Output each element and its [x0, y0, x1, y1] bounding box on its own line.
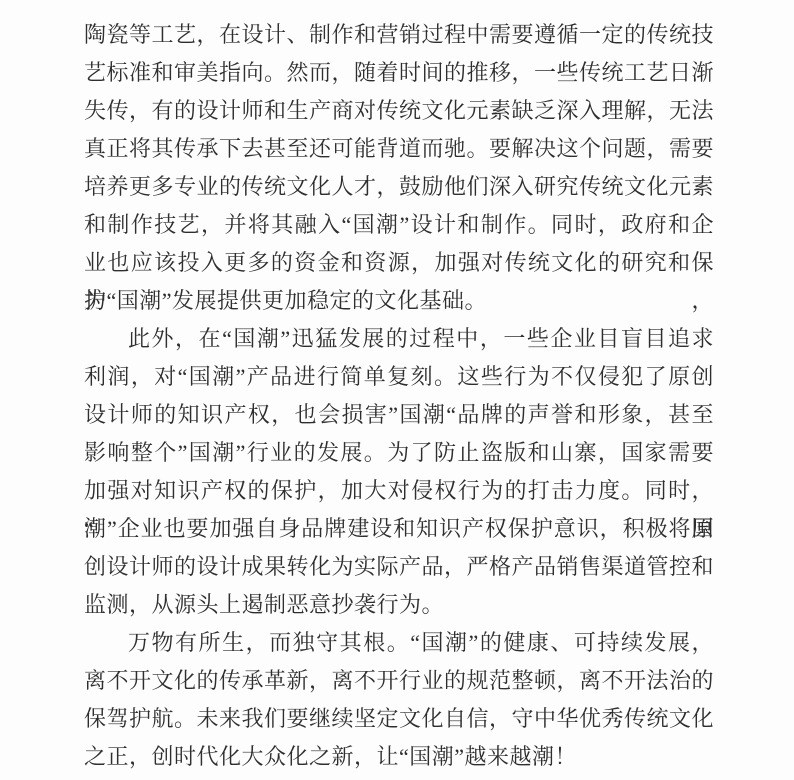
text-line: 创设计师的设计成果转化为实际产品，严格产品销售渠道管控和 — [84, 548, 714, 586]
paragraph-1: 陶瓷等工艺，在设计、制作和营销过程中需要遵循一定的传统技 艺标准和审美指向。然而… — [84, 16, 714, 320]
text-line: 此外，在“国潮”迅猛发展的过程中，一些企业目盲目追求 — [84, 320, 714, 358]
text-line: 保驾护航。未来我们要继续坚定文化自信，守中华优秀传统文化 — [84, 700, 714, 738]
text-line: 培养更多专业的传统文化人才，鼓励他们深入研究传统文化元素 — [84, 168, 714, 206]
text-line: 离不开文化的传承革新，离不开行业的规范整顿，离不开法治的 — [84, 662, 714, 700]
text-line: 监测，从源头上遏制恶意抄袭行为。 — [84, 586, 714, 624]
text-line: 和制作技艺，并将其融入“国潮”设计和制作。同时，政府和企 — [84, 206, 714, 244]
text-line: 影响整个”国潮”行业的发展。为了防止盗版和山寨，国家需要 — [84, 434, 714, 472]
text-line: 失传，有的设计师和生产商对传统文化元素缺乏深入理解，无法 — [84, 92, 714, 130]
paragraph-2: 此外，在“国潮”迅猛发展的过程中，一些企业目盲目追求 利润，对“国潮”产品进行简… — [84, 320, 714, 624]
text-line: 艺标准和审美指向。然而，随着时间的推移，一些传统工艺日渐 — [84, 54, 714, 92]
text-line: 设计师的知识产权，也会损害”国潮“品牌的声誉和形象，甚至 — [84, 396, 714, 434]
text-line: 之正，创时代化大众化之新，让“国潮”越来越潮！ — [84, 738, 714, 776]
text-line: 业也应该投入更多的资金和资源，加强对传统文化的研究和保护， — [84, 244, 714, 282]
paragraph-3: 万物有所生，而独守其根。“国潮”的健康、可持续发展， 离不开文化的传承革新，离不… — [84, 624, 714, 776]
text-line: 万物有所生，而独守其根。“国潮”的健康、可持续发展， — [84, 624, 714, 662]
text-line: 利润，对“国潮”产品进行简单复刻。这些行为不仅侵犯了原创 — [84, 358, 714, 396]
text-line: 潮”企业也要加强自身品牌建设和知识产权保护意识，积极将原 — [84, 510, 714, 548]
text-line: 真正将其传承下去甚至还可能背道而驰。要解决这个问题，需要 — [84, 130, 714, 168]
document-page: 陶瓷等工艺，在设计、制作和营销过程中需要遵循一定的传统技 艺标准和审美指向。然而… — [0, 0, 794, 780]
text-line: 陶瓷等工艺，在设计、制作和营销过程中需要遵循一定的传统技 — [84, 16, 714, 54]
text-line: 加强对知识产权的保护，加大对侵权行为的打击力度。同时，“国 — [84, 472, 714, 510]
